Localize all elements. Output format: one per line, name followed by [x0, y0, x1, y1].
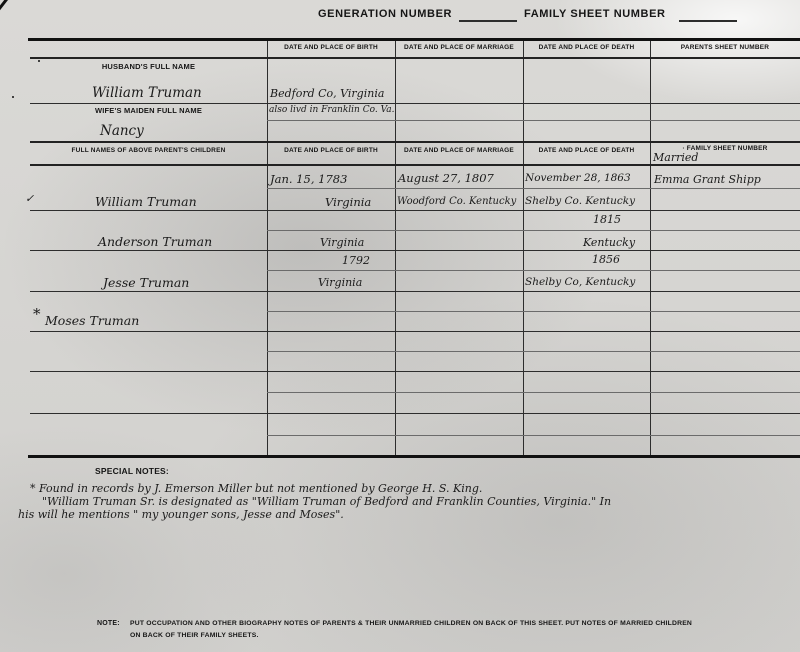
grid-hline	[30, 371, 800, 372]
child-0-birth-place: Virginia	[325, 195, 371, 209]
bottom-note-line-2: ON BACK OF THEIR FAMILY SHEETS.	[130, 632, 259, 639]
bottom-note-line-1: PUT OCCUPATION AND OTHER BIOGRAPHY NOTES…	[130, 620, 798, 627]
child-0-death-date: November 28, 1863	[525, 172, 631, 184]
grid-hline	[267, 435, 800, 436]
grid-hline	[267, 120, 800, 121]
children-death-header: DATE AND PLACE OF DEATH	[523, 147, 650, 154]
table-top-border	[28, 38, 800, 41]
child-0-death-place: Shelby Co. Kentucky	[525, 195, 635, 207]
child-2-name: Jesse Truman	[103, 275, 189, 290]
family-sheet-number-blank	[679, 20, 737, 22]
special-notes-line-1: "William Truman Sr. is designated as "Wi…	[42, 495, 611, 508]
husband-name-value: William Truman	[92, 85, 202, 101]
grid-hline	[267, 351, 800, 352]
table-bottom-border	[28, 455, 800, 458]
scan-speck	[12, 96, 14, 98]
generation-number-label: GENERATION NUMBER	[318, 8, 452, 20]
child-3-name: Moses Truman	[45, 313, 139, 328]
grid-hline	[267, 392, 800, 393]
scan-scratch-mark	[0, 0, 9, 25]
wife-name-value: Nancy	[100, 123, 144, 139]
child-2-birth-date: 1792	[342, 254, 370, 267]
wife-name-label: WIFE'S MAIDEN FULL NAME	[30, 106, 267, 115]
grid-hline	[30, 164, 800, 166]
child-1-birth-place: Virginia	[320, 236, 364, 249]
child-0-check-mark: ✓	[25, 192, 34, 205]
grid-hline	[30, 250, 800, 251]
children-names-header: FULL NAMES OF ABOVE PARENT'S CHILDREN	[30, 147, 267, 154]
grid-hline	[267, 311, 800, 312]
children-marriage-header: DATE AND PLACE OF MARRIAGE	[395, 147, 523, 154]
grid-hline	[30, 210, 800, 211]
bottom-note-label: NOTE:	[97, 620, 120, 627]
scanned-family-sheet: GENERATION NUMBER FAMILY SHEET NUMBER DA…	[0, 0, 800, 652]
child-2-death-place: Shelby Co, Kentucky	[525, 276, 635, 288]
special-notes-line-2: his will he mentions " my younger sons, …	[18, 508, 344, 521]
column-header-death: DATE AND PLACE OF DEATH	[523, 44, 650, 51]
husband-birth-place-line2: also livd in Franklin Co. Va.	[269, 105, 395, 115]
grid-hline	[30, 331, 800, 332]
special-notes-label: SPECIAL NOTES:	[95, 466, 169, 476]
child-0-name: William Truman	[95, 194, 197, 209]
family-sheet-number-label: FAMILY SHEET NUMBER	[524, 8, 666, 20]
child-0-family-sheet: Emma Grant Shipp	[654, 173, 761, 186]
husband-birth-place-line1: Bedford Co, Virginia	[270, 87, 384, 100]
grid-hline	[267, 230, 800, 231]
child-1-name: Anderson Truman	[98, 234, 212, 249]
grid-hline	[267, 270, 800, 271]
grid-hline	[30, 291, 800, 292]
child-0-marriage-date: August 27, 1807	[398, 171, 494, 185]
column-header-parents-sheet: PARENTS SHEET NUMBER	[650, 44, 800, 51]
generation-number-blank	[459, 20, 517, 22]
column-header-marriage: DATE AND PLACE OF MARRIAGE	[395, 44, 523, 51]
child-1-death-date: 1815	[593, 213, 621, 226]
column-header-birth: DATE AND PLACE OF BIRTH	[267, 44, 395, 51]
grid-hline	[267, 188, 800, 189]
child-3-asterisk-mark: *	[33, 305, 41, 323]
child-1-death-place: Kentucky	[583, 236, 635, 249]
child-2-birth-place: Virginia	[318, 276, 362, 289]
child-0-birth-date: Jan. 15, 1783	[270, 172, 347, 186]
grid-hline	[30, 413, 800, 414]
child-0-marriage-place: Woodford Co. Kentucky	[397, 196, 516, 207]
grid-hline	[30, 103, 800, 104]
married-annotation: Married	[653, 151, 698, 164]
special-notes-line-0: * Found in records by J. Emerson Miller …	[30, 482, 482, 495]
husband-name-label: HUSBAND'S FULL NAME	[30, 62, 267, 71]
grid-hline	[30, 141, 800, 143]
child-2-death-date: 1856	[592, 253, 620, 266]
children-birth-header: DATE AND PLACE OF BIRTH	[267, 147, 395, 154]
grid-hline	[30, 57, 800, 59]
